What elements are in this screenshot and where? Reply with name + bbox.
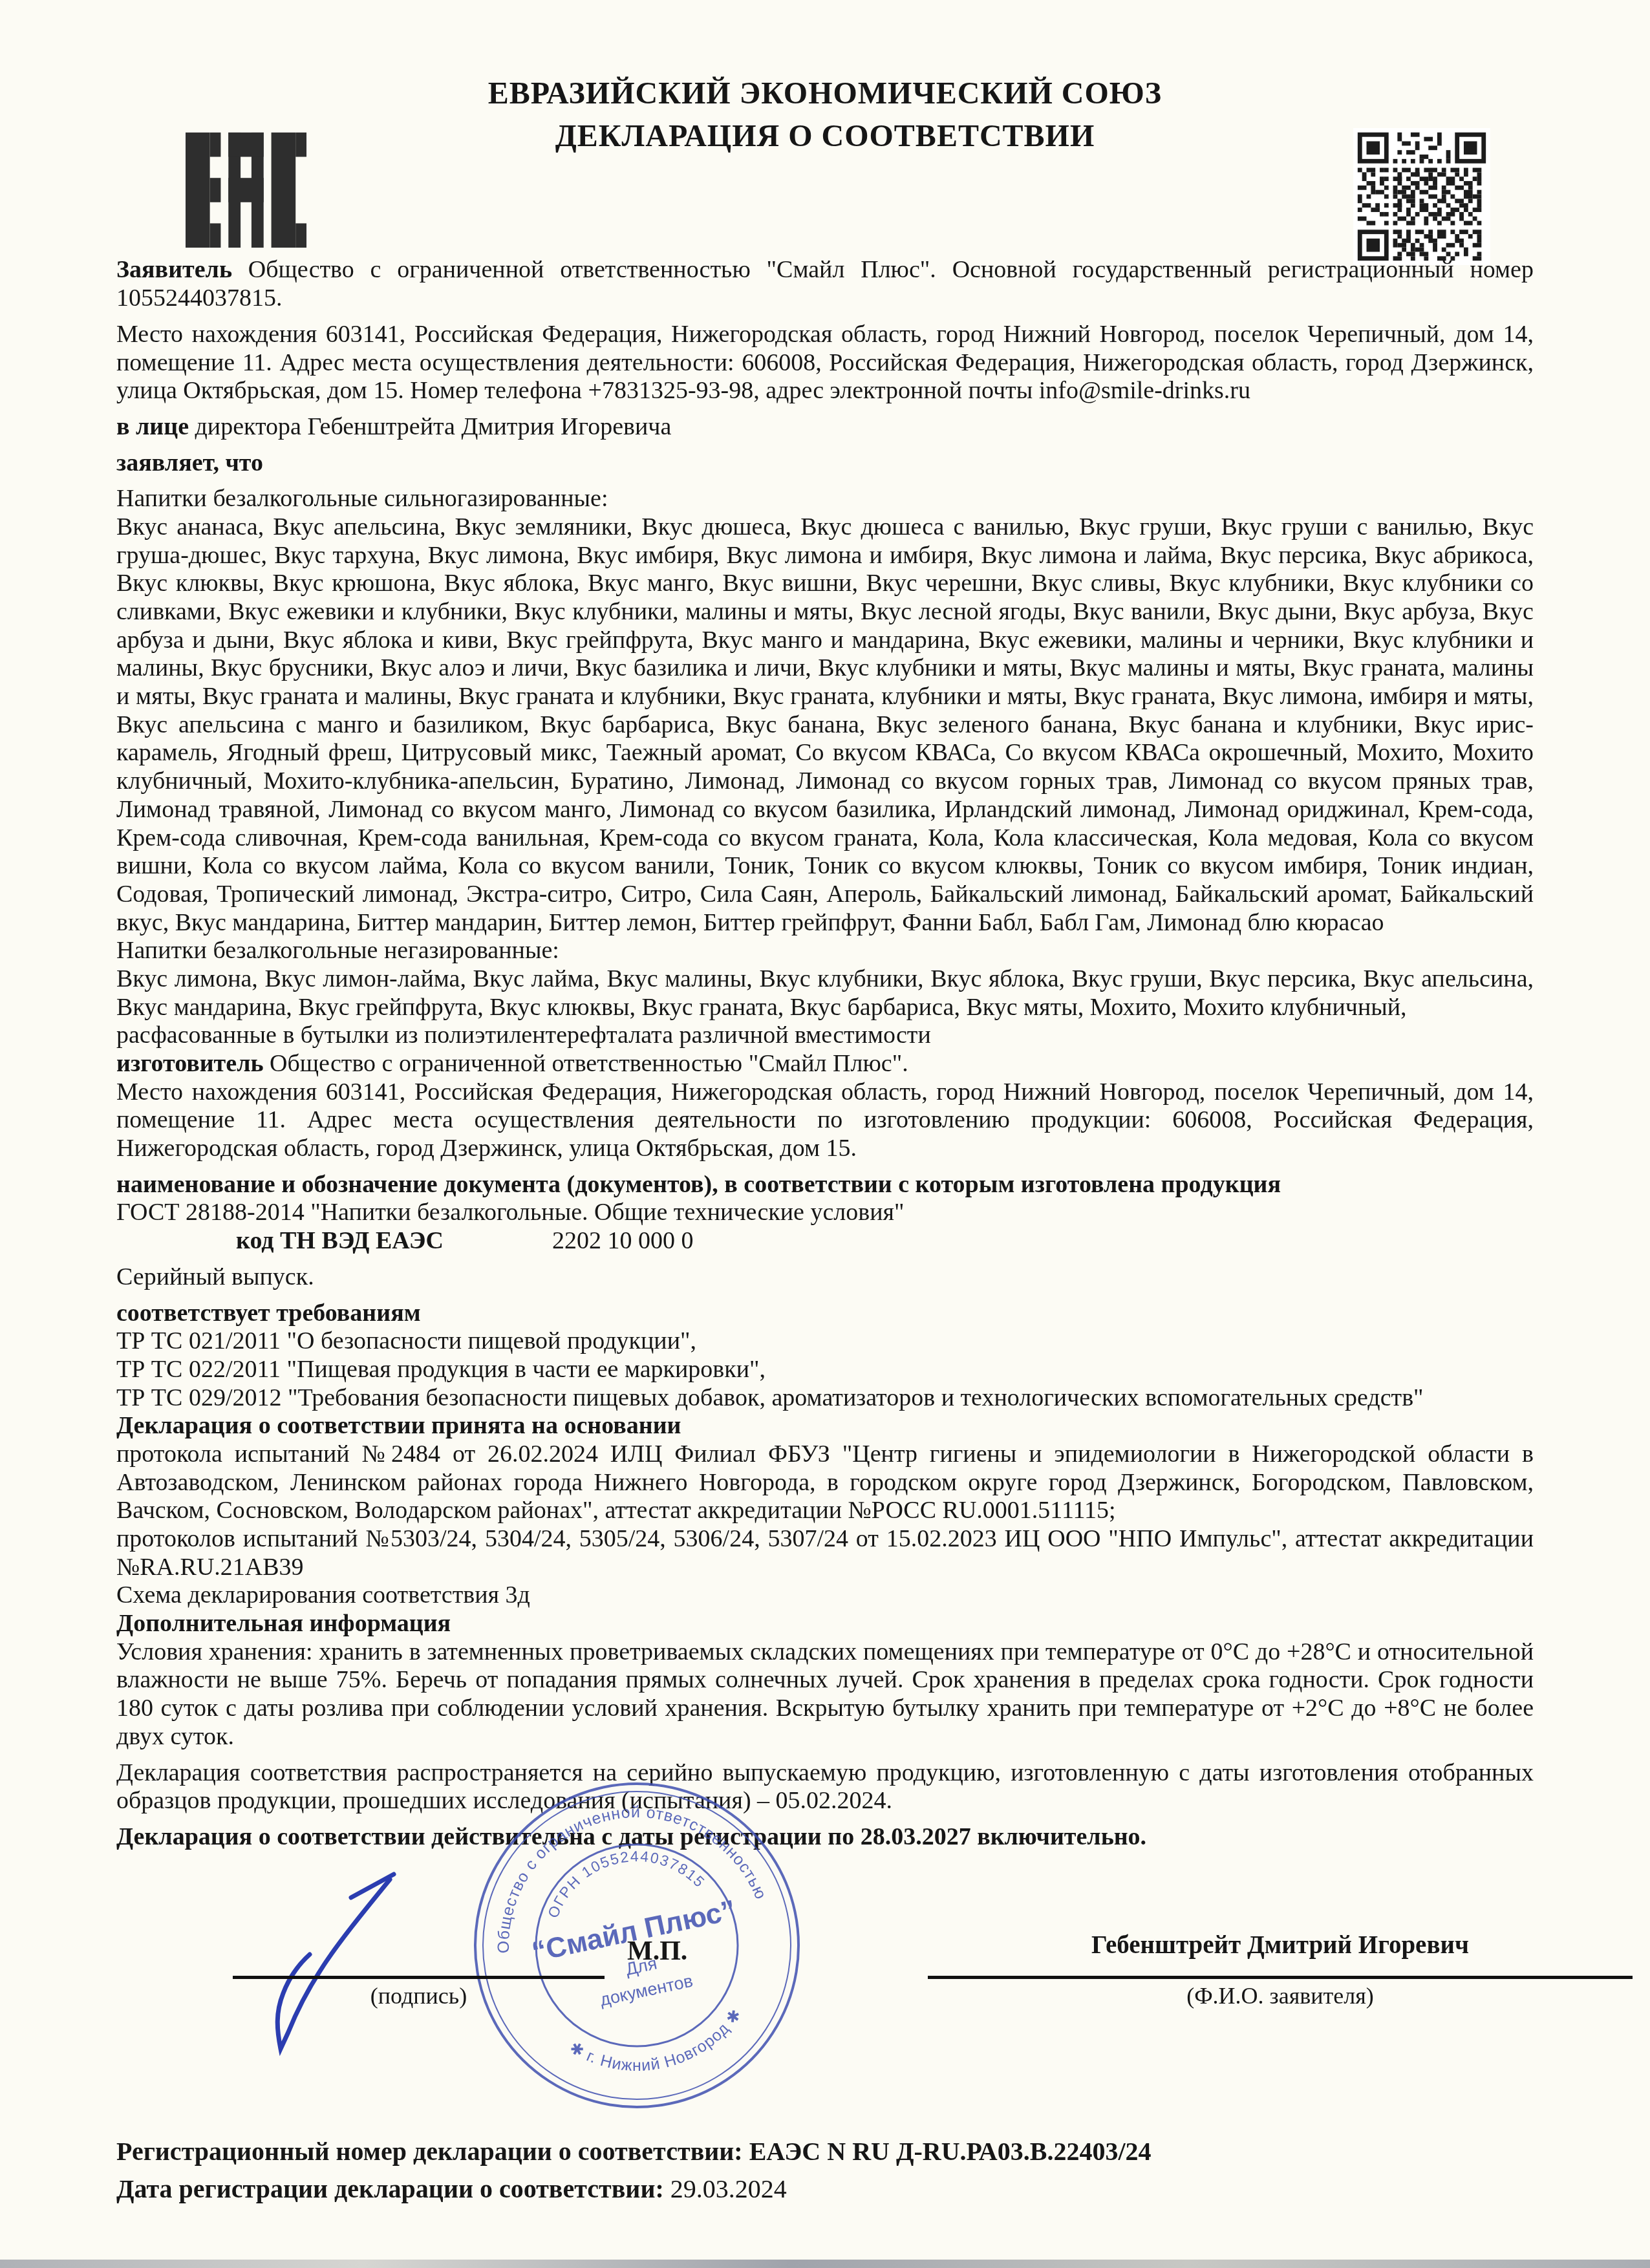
manufacturer-paragraph: изготовитель Общество с ограниченной отв… <box>116 1050 1534 1078</box>
gost-line: ГОСТ 28188-2014 "Напитки безалкогольные.… <box>116 1199 1534 1227</box>
fio-line <box>928 1976 1633 1979</box>
declares-line: заявляет, что <box>116 449 1534 478</box>
applicant-paragraph: Заявитель Общество с ограниченной ответс… <box>116 256 1534 312</box>
registration-footer: Регистрационный номер декларации о соотв… <box>116 2133 1534 2208</box>
document-content: ЕВРАЗИЙСКИЙ ЭКОНОМИЧЕСКИЙ СОЮЗ ДЕКЛАРАЦИ… <box>116 0 1534 2208</box>
manufacturer-address: Место нахождения 603141, Российская Феде… <box>116 1078 1534 1163</box>
still-list: Вкус лимона, Вкус лимон-лайма, Вкус лайм… <box>116 965 1534 1022</box>
applicant-address: Место нахождения 603141, Российская Феде… <box>116 321 1534 405</box>
scan-edge-artifact <box>0 2260 1650 2268</box>
registration-number-line: Регистрационный номер декларации о соотв… <box>116 2133 1534 2170</box>
signature-line <box>233 1976 605 1979</box>
packaging-line: расфасованные в бутылки из полиэтилентер… <box>116 1022 1534 1050</box>
signature-caption: (подпись) <box>233 1982 605 2009</box>
registration-date-line: Дата регистрации декларации о соответств… <box>116 2170 1534 2208</box>
still-heading: Напитки безалкогольные негазированные: <box>116 937 1534 965</box>
serial-applies: Декларация соответствия распространяется… <box>116 1759 1534 1815</box>
signature-block: Общество с ограниченной ответственностью… <box>116 1897 1534 2097</box>
document-body: Заявитель Общество с ограниченной ответс… <box>116 256 1534 1851</box>
in-person-line: в лице директора Гебенштрейта Дмитрия Иг… <box>116 413 1534 442</box>
stamp-city-text: ✱ г. Нижний Новгород ✱ <box>564 2002 753 2090</box>
carbonated-heading: Напитки безалкогольные сильногазированны… <box>116 485 1534 513</box>
applicant-fio: Гебенштрейт Дмитрий Игоревич <box>928 1931 1633 1960</box>
stamp-place-label: М.П. <box>627 1936 687 1967</box>
tr-022-line: ТР ТС 022/2011 "Пищевая продукция в част… <box>116 1356 1534 1384</box>
complies-heading: соответствует требованиям <box>116 1300 1534 1328</box>
carbonated-list: Вкус ананаса, Вкус апельсина, Вкус земля… <box>116 513 1534 937</box>
additional-heading: Дополнительная информация <box>116 1610 1534 1638</box>
protocol-2: протоколов испытаний №5303/24, 5304/24, … <box>116 1525 1534 1581</box>
svg-text:✱ г. Нижний Новгород ✱: ✱ г. Нижний Новгород ✱ <box>564 2002 753 2090</box>
tnved-line: код ТН ВЭД ЕАЭС2202 10 000 0 <box>116 1227 1534 1256</box>
fio-caption: (Ф.И.О. заявителя) <box>928 1982 1633 2009</box>
scheme-line: Схема декларирования соответствия 3д <box>116 1581 1534 1610</box>
docs-heading: наименование и обозначение документа (до… <box>116 1171 1534 1199</box>
title-union: ЕВРАЗИЙСКИЙ ЭКОНОМИЧЕСКИЙ СОЮЗ <box>116 72 1534 115</box>
tr-021-line: ТР ТС 021/2011 "О безопасности пищевой п… <box>116 1327 1534 1356</box>
declaration-page: ЕВРАЗИЙСКИЙ ЭКОНОМИЧЕСКИЙ СОЮЗ ДЕКЛАРАЦИ… <box>0 0 1650 2268</box>
stamp-documents: документов <box>598 1971 694 2009</box>
serial-line: Серийный выпуск. <box>116 1263 1534 1292</box>
tr-029-line: ТР ТС 029/2012 "Требования безопасности … <box>116 1384 1534 1413</box>
basis-heading: Декларация о соответствии принята на осн… <box>116 1412 1534 1440</box>
document-title: ЕВРАЗИЙСКИЙ ЭКОНОМИЧЕСКИЙ СОЮЗ ДЕКЛАРАЦИ… <box>116 72 1534 158</box>
handwritten-signature <box>223 1835 423 2062</box>
storage-conditions: Условия хранения: хранить в затемненных … <box>116 1638 1534 1751</box>
title-declaration: ДЕКЛАРАЦИЯ О СООТВЕТСТВИИ <box>116 115 1534 158</box>
protocol-1: протокола испытаний №2484 от 26.02.2024 … <box>116 1440 1534 1525</box>
